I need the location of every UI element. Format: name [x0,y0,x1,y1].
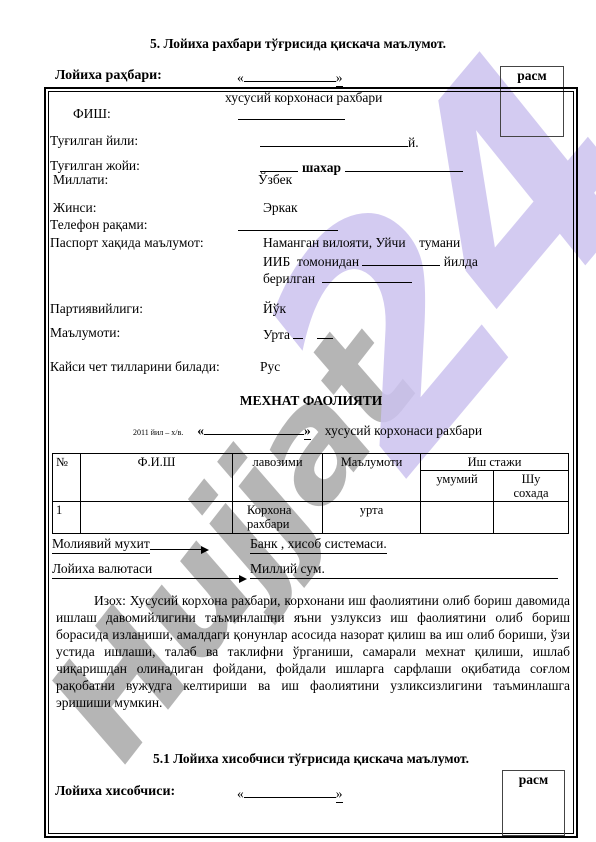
col-header-experience: Иш стажи [421,454,569,471]
education-blank-1 [293,325,303,339]
photo-label: расм [501,67,563,84]
photo-label-2: расм [503,771,564,788]
manager-subtitle: хусусий корхонаси рахбари [225,90,382,106]
languages-label: Кайси чет тилларини билади: [50,359,220,375]
col-header-no: № [53,454,81,502]
passport-line-3-word: берилган [263,271,315,286]
birth-place-blank-2 [345,158,463,172]
education-label: Маълумоти: [50,325,120,341]
phone-blank-line [238,217,338,236]
labor-blank [204,421,304,435]
party-label: Партиявийлиги: [50,301,143,317]
col-header-position: лавозими [233,454,323,502]
passport-blank-year [362,252,440,266]
passport-line-2: ИИБ томонидан йилда [263,252,478,270]
birth-year-label: Туғилган йили: [50,133,138,149]
photo-box-accountant: расм [502,770,565,836]
table-row-exp-field [494,502,569,534]
table-row-name [81,502,233,534]
accountant-quote-close: » [336,786,343,803]
gender-value: Эркак [263,200,298,216]
col-header-exp-field: Шу сохада [494,471,569,502]
col-header-exp-total: умумий [421,471,494,502]
note-paragraph: Изох: Хусусий корхона рахбари, корхонани… [56,592,570,711]
labor-heading: МЕХНАТ ФАОЛИЯТИ [44,393,578,409]
languages-value: Рус [260,359,280,375]
gender-label: Жинси: [53,200,97,216]
fish-blank [238,106,345,120]
arrow-right-icon-2 [130,578,240,579]
nationality-label: Миллати: [53,172,108,188]
birth-year-blank [260,133,408,147]
financial-value: Банк , хисоб системаси. [250,536,387,554]
document-page: Hujjat 24 5. Лойиха рахбари тўғрисида қи… [0,0,596,842]
page-title: 5. Лойиха рахбари тўғрисида қискача маъл… [0,36,596,52]
phone-blank [238,217,338,231]
accountant-heading: 5.1 Лойиха хисобчиси тўғрисида қискача м… [44,751,578,767]
manager-name-blank [244,68,336,82]
currency-value: Миллий сум. [250,561,558,579]
education-blank-2 [317,325,333,339]
table-row-exp-total [421,502,494,534]
nationality-value: Ўзбек [258,172,292,188]
education-value: Урта [263,325,333,343]
education-value-text: Урта [263,327,290,342]
work-experience-table: № Ф.И.Ш лавозими Маълумоти Иш стажи умум… [52,453,569,534]
party-value: Йўк [263,301,286,317]
financial-label: Молиявий мухит [52,536,150,554]
table-row-no: 1 [53,502,81,534]
labor-quote-close: » [304,423,311,440]
manager-label: Лойиха раҳбари: [55,68,162,84]
accountant-name-blank-line: «» [237,784,343,803]
birth-place-blank-1 [260,158,298,172]
labor-subline: 2011 йил – х/в. «» хусусий корхонаси рах… [133,421,482,440]
accountant-label: Лойиха хисобчиси: [55,784,175,800]
birth-place-word: шахар [298,160,345,175]
table-row-position: Корхона рахбари [233,502,323,534]
passport-line-2-pre: ИИБ томонидан [263,254,359,269]
col-header-education: Маълумоти [323,454,421,502]
birth-year-suffix: й. [408,135,419,150]
arrow-right-icon [150,549,202,550]
quote-close: » [336,70,343,87]
phone-label: Телефон рақами: [50,217,148,233]
fish-label: ФИШ: [73,106,111,122]
passport-label: Паспорт хақида маълумот: [50,235,204,251]
col-header-name: Ф.И.Ш [81,454,233,502]
quote-open: « [237,70,244,85]
passport-line-1: Наманган вилояти, Уйчи тумани [263,235,460,251]
table-row-education: урта [323,502,421,534]
passport-line-2-post: йилда [444,254,478,269]
labor-subline-prefix: 2011 йил – х/в. [133,428,183,437]
labor-quote-open: « [197,423,204,438]
accountant-quote-open: « [237,786,244,801]
currency-label: Лойиха валютаси [52,561,170,579]
passport-line-3: берилган [263,269,412,287]
accountant-name-blank [244,784,336,798]
passport-blank-issued [322,269,412,283]
labor-subline-suffix: хусусий корхонаси рахбари [325,423,482,438]
manager-name-blank-line: «» [237,68,343,87]
birth-year-value: й. [260,133,419,151]
fish-blank-line [238,106,345,125]
